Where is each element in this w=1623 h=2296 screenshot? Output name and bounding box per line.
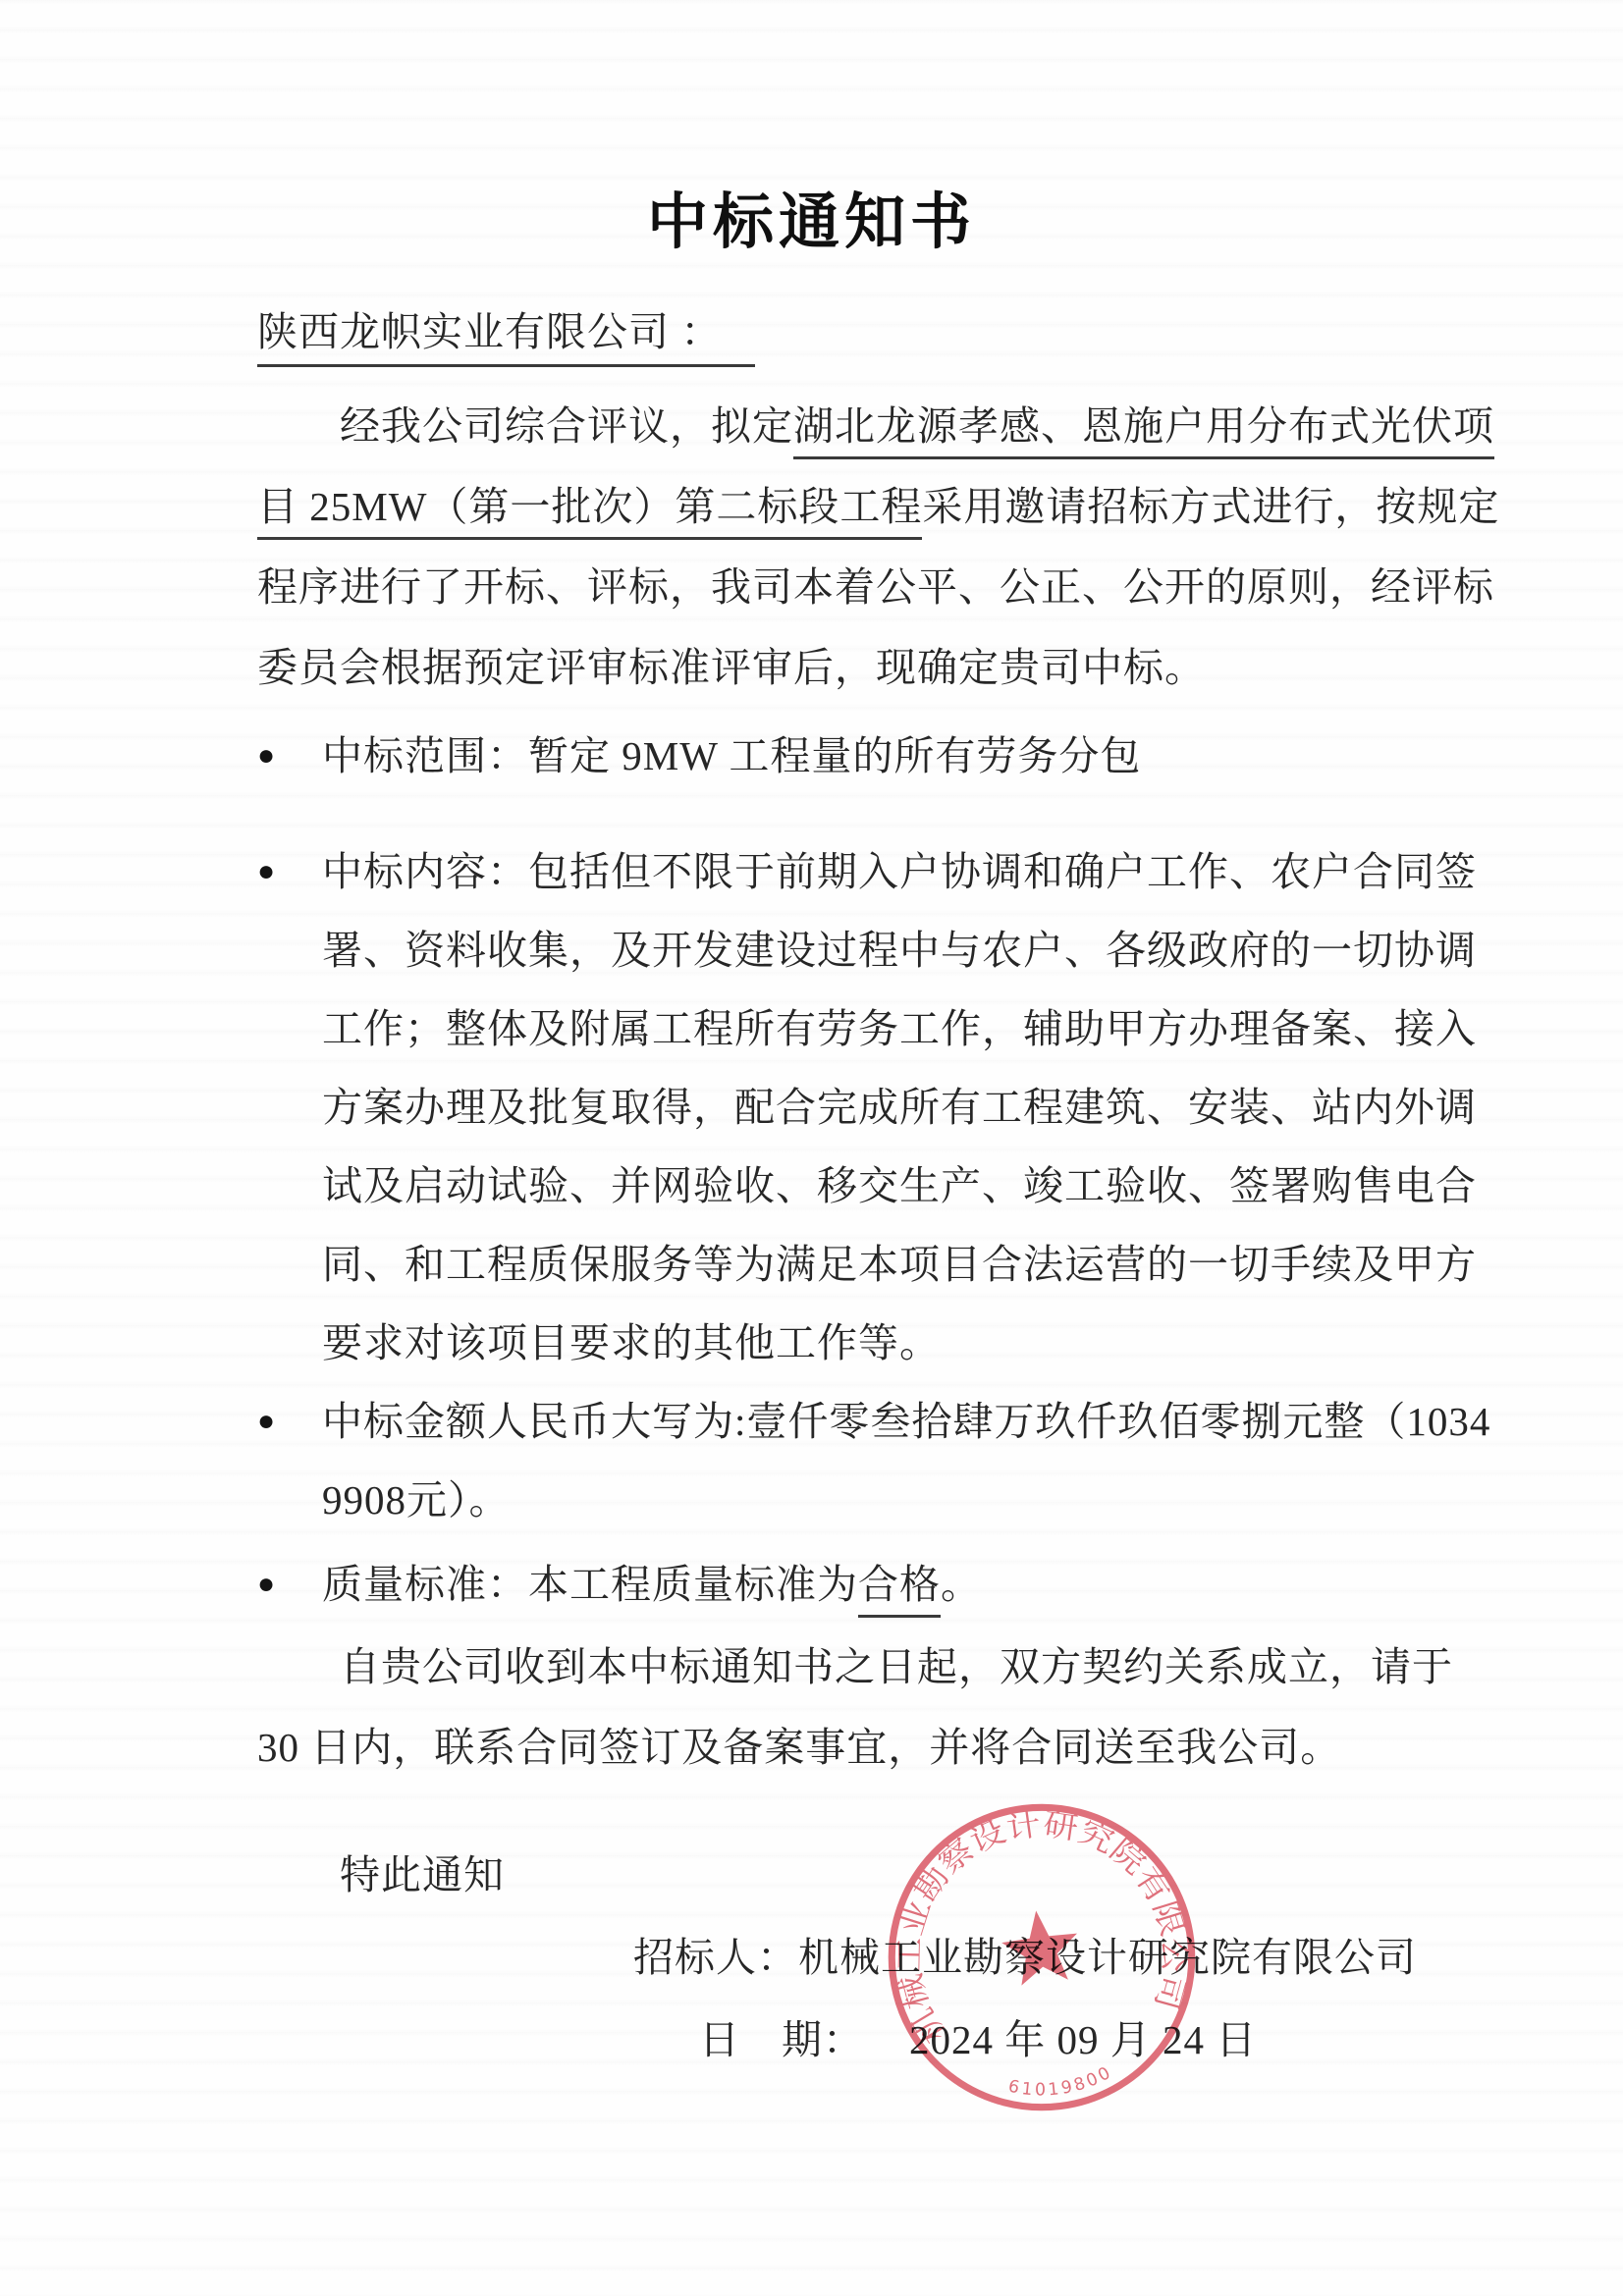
date-value: 2024 年 09 月 24 日 — [909, 2017, 1257, 2062]
paragraph-line: 程序进行了开标、评标，我司本着公平、公正、公开的原则，经评标 — [257, 561, 1494, 613]
bullet-item-amount: ●中标金额人民币大写为:壹仟零叁拾肆万玖仟玖佰零捌元整（1034 — [257, 1396, 1490, 1447]
seal-company-text: 机械工业勘察设计研究院有限公司 — [874, 1790, 1200, 2052]
closing-notice: 特此通知 — [257, 1849, 505, 1900]
bidder-name: 机械工业勘察设计研究院有限公司 — [798, 1935, 1417, 1980]
bullet-content-line: 同、和工程质保服务等为满足本项目合法运营的一切手续及甲方 — [322, 1239, 1477, 1290]
bullet-quality-underlined: 合格 — [858, 1562, 941, 1618]
bullet-amount-line: 9908元）。 — [322, 1474, 511, 1525]
paragraph-line: 委员会根据预定评审标准评审后，现确定贵司中标。 — [257, 642, 1206, 693]
date-line: 日 期：2024 年 09 月 24 日 — [699, 2014, 1257, 2065]
document-title: 中标通知书 — [0, 173, 1623, 260]
bullet-item-content: ●中标内容：包括但不限于前期入户协调和确户工作、农户合同签 — [257, 846, 1477, 897]
bullet-content-line: 中标内容：包括但不限于前期入户协调和确户工作、农户合同签 — [322, 849, 1477, 894]
document-page: 中标通知书 陕西龙帜实业有限公司 ： 经我公司综合评议，拟定湖北龙源孝感、恩施户… — [0, 0, 1623, 2296]
bullet-item-quality: ●质量标准：本工程质量标准为合格。 — [257, 1559, 982, 1610]
addressee-line: 陕西龙帜实业有限公司 ： — [257, 306, 755, 357]
paragraph-line: 经我公司综合评议，拟定湖北龙源孝感、恩施户用分布式光伏项 — [257, 400, 1494, 452]
bullet-icon: ● — [257, 730, 322, 781]
bullet-content-line: 试及启动试验、并网验收、移交生产、竣工验收、签署购售电合 — [322, 1160, 1477, 1211]
p1-l2-underlined-project-name: 目 25MW（第一批次）第二标段工程 — [257, 484, 922, 540]
bullet-content-line: 工作；整体及附属工程所有劳务工作，辅助甲方办理备案、接入 — [322, 1003, 1477, 1054]
paragraph-line: 30 日内，联系合同签订及备案事宜，并将合同送至我公司。 — [257, 1722, 1341, 1773]
bidder-signature-line: 招标人：机械工业勘察设计研究院有限公司 — [633, 1932, 1417, 1983]
bullet-amount-line: 中标金额人民币大写为:壹仟零叁拾肆万玖仟玖佰零捌元整（1034 — [322, 1399, 1490, 1444]
bullet-icon: ● — [257, 1396, 322, 1447]
p1-l1-underlined-project-name: 湖北龙源孝感、恩施户用分布式光伏项 — [793, 403, 1494, 459]
bullet-scope-text: 中标范围：暂定 9MW 工程量的所有劳务分包 — [322, 733, 1141, 778]
paragraph-line: 目 25MW（第一批次）第二标段工程采用邀请招标方式进行，按规定 — [257, 481, 1499, 532]
paragraph-line: 自贵公司收到本中标通知书之日起，双方契约关系成立，请于 — [257, 1641, 1453, 1692]
bullet-quality-prefix: 质量标准：本工程质量标准为 — [322, 1562, 858, 1607]
date-label: 日 期： — [699, 2017, 864, 2062]
bidder-label: 招标人： — [633, 1935, 798, 1980]
bullet-icon: ● — [257, 1559, 322, 1610]
addressee-name: 陕西龙帜实业有限公司 ： — [257, 309, 755, 367]
bullet-content-line: 署、资料收集，及开发建设过程中与农户、各级政府的一切协调 — [322, 925, 1477, 976]
bullet-icon: ● — [257, 846, 322, 897]
bullet-content-line: 方案办理及批复取得，配合完成所有工程建筑、安装、站内外调 — [322, 1082, 1477, 1133]
bullet-content-line: 要求对该项目要求的其他工作等。 — [322, 1317, 941, 1368]
p1-l2-plain: 采用邀请招标方式进行，按规定 — [922, 484, 1499, 529]
p1-l1-plain: 经我公司综合评议，拟定 — [340, 403, 793, 449]
bullet-item-scope: ●中标范围：暂定 9MW 工程量的所有劳务分包 — [257, 730, 1141, 781]
bullet-quality-suffix: 。 — [941, 1562, 982, 1607]
